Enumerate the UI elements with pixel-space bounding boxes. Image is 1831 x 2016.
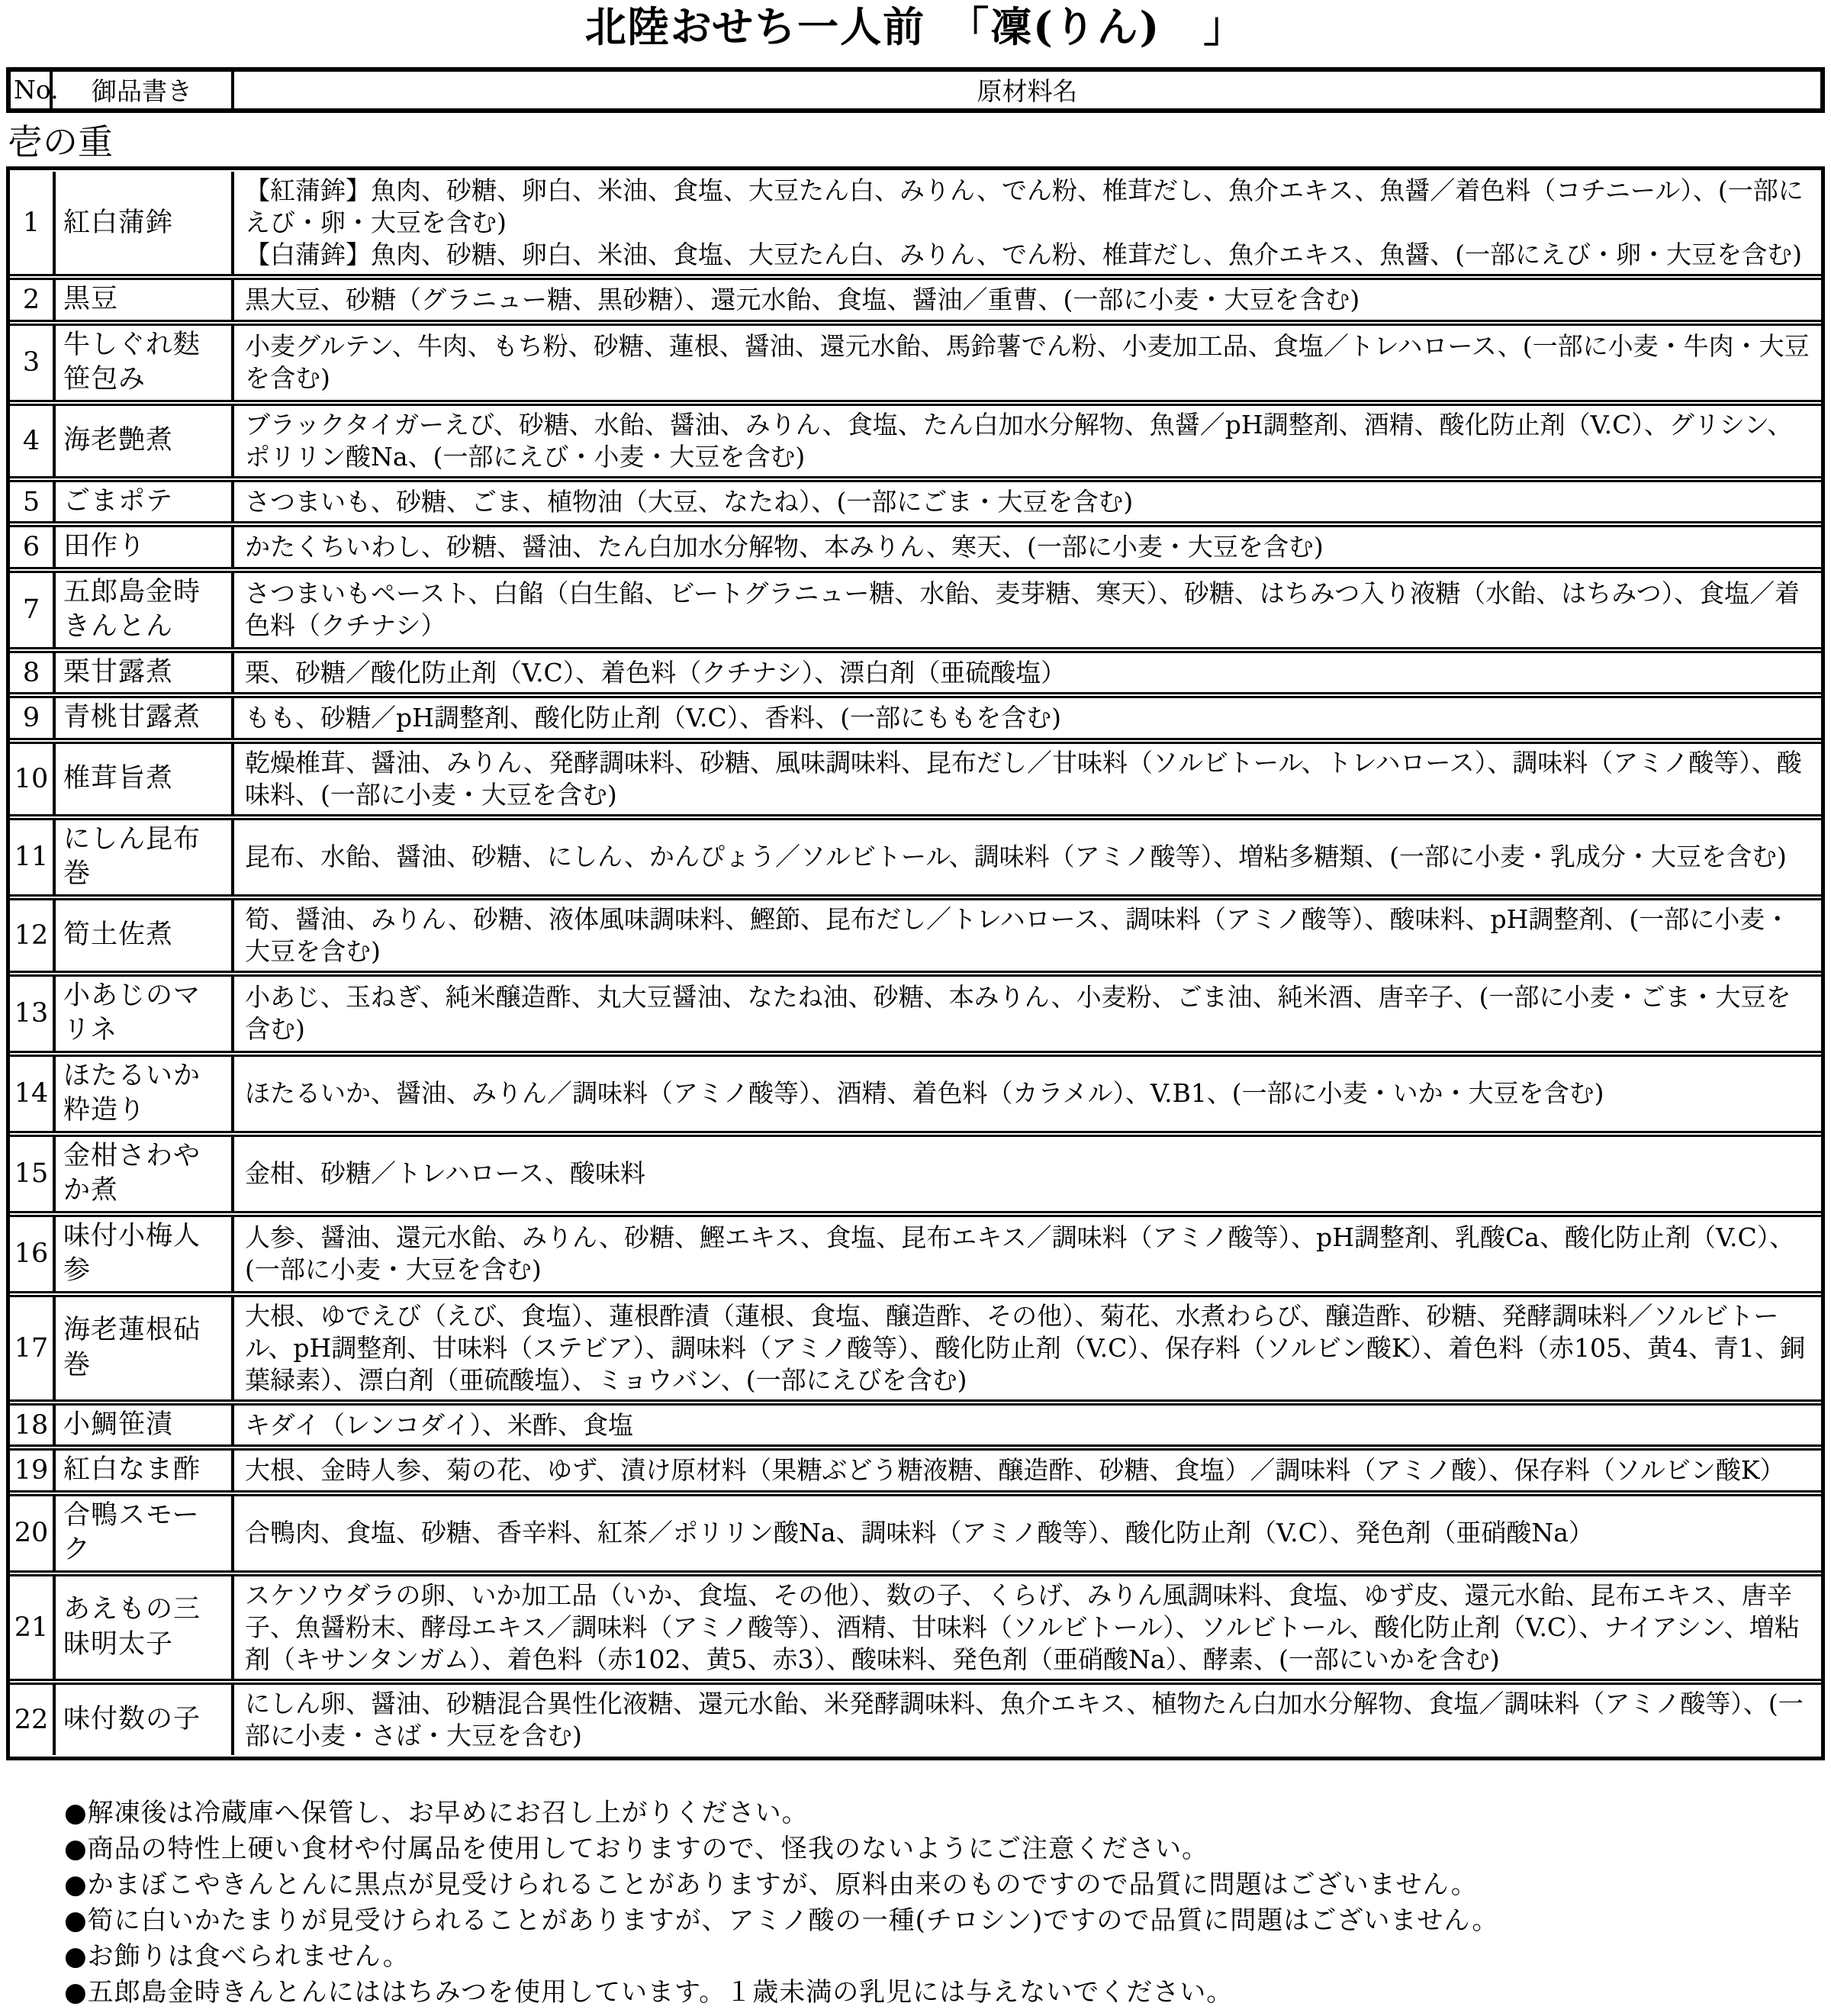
row-number: 8	[10, 651, 53, 695]
row-number: 3	[10, 324, 53, 402]
note-item: ●商品の特性上硬い食材や付属品を使用しておりますので、怪我のないようにご注意くだ…	[64, 1831, 1800, 1867]
item-name: あえもの三昧明太子	[53, 1574, 234, 1681]
table-row: 13 小あじのマリネ 小あじ、玉ねぎ、純米醸造酢、丸大豆醤油、なたね油、砂糖、本…	[10, 974, 1821, 1053]
item-name: ごまポテ	[53, 480, 234, 524]
table-row: 21 あえもの三昧明太子 スケソウダラの卵、いか加工品（いか、食塩、その他）、数…	[10, 1574, 1821, 1681]
section-label-tier-one: 壱の重	[8, 122, 1831, 163]
note-item: ●かまぼこやきんとんに黒点が見受けられることがありますが、原料由来のものですので…	[64, 1867, 1800, 1903]
item-name: 合鴨スモーク	[53, 1494, 234, 1573]
table-row: 14 ほたるいか粋造り ほたるいか、醤油、みりん／調味料（アミノ酸等）、酒精、着…	[10, 1055, 1821, 1133]
item-name: 黒豆	[53, 278, 234, 322]
item-ingredients: 大根、ゆでえび（えび、食塩）、蓮根酢漬（蓮根、食塩、醸造酢、その他）、菊花、水煮…	[234, 1295, 1821, 1402]
column-header-table: No. 御品書き 原材料名	[6, 67, 1825, 113]
item-ingredients: ほたるいか、醤油、みりん／調味料（アミノ酸等）、酒精、着色料（カラメル）、V.B…	[234, 1055, 1821, 1133]
item-ingredients: 【紅蒲鉾】魚肉、砂糖、卵白、米油、食塩、大豆たん白、みりん、でん粉、椎茸だし、魚…	[234, 172, 1821, 276]
column-header-ingredients: 原材料名	[233, 69, 1823, 111]
item-name: 五郎島金時きんとん	[53, 571, 234, 649]
table-row: 19 紅白なま酢 大根、金時人参、菊の花、ゆず、漬け原材料（果糖ぶどう糖液糖、醸…	[10, 1448, 1821, 1493]
table-row: 7 五郎島金時きんとん さつまいもペースト、白餡（白生餡、ビートグラニュー糖、水…	[10, 571, 1821, 649]
column-header-row: No. 御品書き 原材料名	[8, 69, 1823, 111]
table-row: 15 金柑さわやか煮 金柑、砂糖／トレハロース、酸味料	[10, 1135, 1821, 1213]
table-row: 18 小鯛笹漬 キダイ（レンコダイ）、米酢、食塩	[10, 1403, 1821, 1448]
item-ingredients: 筍、醤油、みりん、砂糖、液体風味調味料、鰹節、昆布だし／トレハロース、調味料（ア…	[234, 898, 1821, 973]
ingredients-table-body: 1 紅白蒲鉾 【紅蒲鉾】魚肉、砂糖、卵白、米油、食塩、大豆たん白、みりん、でん粉…	[10, 172, 1821, 1755]
ingredients-table: 1 紅白蒲鉾 【紅蒲鉾】魚肉、砂糖、卵白、米油、食塩、大豆たん白、みりん、でん粉…	[6, 166, 1825, 1760]
item-ingredients: 合鴨肉、食塩、砂糖、香辛料、紅茶／ポリリン酸Na、調味料（アミノ酸等）、酸化防止…	[234, 1494, 1821, 1573]
item-ingredients: 栗、砂糖／酸化防止剤（V.C）、着色料（クチナシ）、漂白剤（亜硫酸塩）	[234, 651, 1821, 695]
table-row: 20 合鴨スモーク 合鴨肉、食塩、砂糖、香辛料、紅茶／ポリリン酸Na、調味料（ア…	[10, 1494, 1821, 1573]
row-number: 13	[10, 974, 53, 1053]
table-row: 11 にしん昆布巻 昆布、水飴、醤油、砂糖、にしん、かんぴょう／ソルビトール、調…	[10, 818, 1821, 897]
row-number: 17	[10, 1295, 53, 1402]
item-ingredients: もも、砂糖／pH調整剤、酸化防止剤（V.C）、香料、(一部にももを含む)	[234, 696, 1821, 740]
row-number: 7	[10, 571, 53, 649]
table-row: 17 海老蓮根砧巻 大根、ゆでえび（えび、食塩）、蓮根酢漬（蓮根、食塩、醸造酢、…	[10, 1295, 1821, 1402]
document-page: 北陸おせち一人前 「凜(りん) 」 No. 御品書き 原材料名 壱の重 1 紅白…	[0, 0, 1831, 2016]
row-number: 19	[10, 1448, 53, 1493]
row-number: 15	[10, 1135, 53, 1213]
item-name: 田作り	[53, 525, 234, 569]
item-ingredients: 乾燥椎茸、醤油、みりん、発酵調味料、砂糖、風味調味料、昆布だし／甘味料（ソルビト…	[234, 742, 1821, 816]
row-number: 18	[10, 1403, 53, 1448]
item-name: 青桃甘露煮	[53, 696, 234, 740]
item-ingredients: さつまいも、砂糖、ごま、植物油（大豆、なたね）、(一部にごま・大豆を含む)	[234, 480, 1821, 524]
row-number: 16	[10, 1215, 53, 1293]
row-number: 14	[10, 1055, 53, 1133]
item-name: 牛しぐれ麩笹包み	[53, 324, 234, 402]
table-row: 4 海老艶煮 ブラックタイガーえび、砂糖、水飴、醤油、みりん、食塩、たん白加水分…	[10, 404, 1821, 478]
item-ingredients: ブラックタイガーえび、砂糖、水飴、醤油、みりん、食塩、たん白加水分解物、魚醤／p…	[234, 404, 1821, 478]
table-row: 1 紅白蒲鉾 【紅蒲鉾】魚肉、砂糖、卵白、米油、食塩、大豆たん白、みりん、でん粉…	[10, 172, 1821, 276]
item-name: 椎茸旨煮	[53, 742, 234, 816]
item-name: 筍土佐煮	[53, 898, 234, 973]
row-number: 20	[10, 1494, 53, 1573]
item-name: 小鯛笹漬	[53, 1403, 234, 1448]
item-name: 金柑さわやか煮	[53, 1135, 234, 1213]
item-ingredients: 小あじ、玉ねぎ、純米醸造酢、丸大豆醤油、なたね油、砂糖、本みりん、小麦粉、ごま油…	[234, 974, 1821, 1053]
table-row: 10 椎茸旨煮 乾燥椎茸、醤油、みりん、発酵調味料、砂糖、風味調味料、昆布だし／…	[10, 742, 1821, 816]
row-number: 6	[10, 525, 53, 569]
note-item: ●お飾りは食べられません。	[64, 1939, 1800, 1975]
column-header-no: No.	[8, 69, 51, 111]
item-ingredients: にしん卵、醤油、砂糖混合異性化液糖、還元水飴、米発酵調味料、魚介エキス、植物たん…	[234, 1683, 1821, 1755]
item-ingredients: 金柑、砂糖／トレハロース、酸味料	[234, 1135, 1821, 1213]
item-name: 紅白蒲鉾	[53, 172, 234, 276]
item-name: にしん昆布巻	[53, 818, 234, 897]
item-name: 小あじのマリネ	[53, 974, 234, 1053]
row-number: 21	[10, 1574, 53, 1681]
item-name: 栗甘露煮	[53, 651, 234, 695]
table-row: 5 ごまポテ さつまいも、砂糖、ごま、植物油（大豆、なたね）、(一部にごま・大豆…	[10, 480, 1821, 524]
note-item: ●五郎島金時きんとんにははちみつを使用しています。１歳未満の乳児には与えないでく…	[64, 1975, 1800, 2011]
item-name: 海老艶煮	[53, 404, 234, 478]
row-number: 1	[10, 172, 53, 276]
table-row: 22 味付数の子 にしん卵、醤油、砂糖混合異性化液糖、還元水飴、米発酵調味料、魚…	[10, 1683, 1821, 1755]
item-ingredients: キダイ（レンコダイ）、米酢、食塩	[234, 1403, 1821, 1448]
item-ingredients: 小麦グルテン、牛肉、もち粉、砂糖、蓮根、醤油、還元水飴、馬鈴薯でん粉、小麦加工品…	[234, 324, 1821, 402]
item-ingredients: 昆布、水飴、醤油、砂糖、にしん、かんぴょう／ソルビトール、調味料（アミノ酸等）、…	[234, 818, 1821, 897]
item-name: 味付小梅人参	[53, 1215, 234, 1293]
column-header-name: 御品書き	[51, 69, 233, 111]
row-number: 12	[10, 898, 53, 973]
row-number: 9	[10, 696, 53, 740]
table-row: 12 筍土佐煮 筍、醤油、みりん、砂糖、液体風味調味料、鰹節、昆布だし／トレハロ…	[10, 898, 1821, 973]
row-number: 11	[10, 818, 53, 897]
page-title: 北陸おせち一人前 「凜(りん) 」	[0, 2, 1831, 53]
notes-list: ●解凍後は冷蔵庫へ保管し、お早めにお召し上がりください。●商品の特性上硬い食材や…	[0, 1795, 1831, 2011]
item-ingredients: 人参、醤油、還元水飴、みりん、砂糖、鰹エキス、食塩、昆布エキス／調味料（アミノ酸…	[234, 1215, 1821, 1293]
item-name: 味付数の子	[53, 1683, 234, 1755]
item-ingredients: スケソウダラの卵、いか加工品（いか、食塩、その他）、数の子、くらげ、みりん風調味…	[234, 1574, 1821, 1681]
note-item: ●解凍後は冷蔵庫へ保管し、お早めにお召し上がりください。	[64, 1795, 1800, 1831]
table-row: 2 黒豆 黒大豆、砂糖（グラニュー糖、黒砂糖）、還元水飴、食塩、醤油／重曹、(一…	[10, 278, 1821, 322]
item-name: 海老蓮根砧巻	[53, 1295, 234, 1402]
table-row: 9 青桃甘露煮 もも、砂糖／pH調整剤、酸化防止剤（V.C）、香料、(一部にもも…	[10, 696, 1821, 740]
table-row: 16 味付小梅人参 人参、醤油、還元水飴、みりん、砂糖、鰹エキス、食塩、昆布エキ…	[10, 1215, 1821, 1293]
row-number: 10	[10, 742, 53, 816]
row-number: 22	[10, 1683, 53, 1755]
row-number: 5	[10, 480, 53, 524]
note-item: ●筍に白いかたまりが見受けられることがありますが、アミノ酸の一種(チロシン)です…	[64, 1903, 1800, 1939]
table-row: 6 田作り かたくちいわし、砂糖、醤油、たん白加水分解物、本みりん、寒天、(一部…	[10, 525, 1821, 569]
row-number: 4	[10, 404, 53, 478]
item-ingredients: 黒大豆、砂糖（グラニュー糖、黒砂糖）、還元水飴、食塩、醤油／重曹、(一部に小麦・…	[234, 278, 1821, 322]
item-ingredients: かたくちいわし、砂糖、醤油、たん白加水分解物、本みりん、寒天、(一部に小麦・大豆…	[234, 525, 1821, 569]
row-number: 2	[10, 278, 53, 322]
table-row: 3 牛しぐれ麩笹包み 小麦グルテン、牛肉、もち粉、砂糖、蓮根、醤油、還元水飴、馬…	[10, 324, 1821, 402]
item-ingredients: さつまいもペースト、白餡（白生餡、ビートグラニュー糖、水飴、麦芽糖、寒天）、砂糖…	[234, 571, 1821, 649]
item-name: ほたるいか粋造り	[53, 1055, 234, 1133]
item-ingredients: 大根、金時人参、菊の花、ゆず、漬け原材料（果糖ぶどう糖液糖、醸造酢、砂糖、食塩）…	[234, 1448, 1821, 1493]
table-row: 8 栗甘露煮 栗、砂糖／酸化防止剤（V.C）、着色料（クチナシ）、漂白剤（亜硫酸…	[10, 651, 1821, 695]
item-name: 紅白なま酢	[53, 1448, 234, 1493]
